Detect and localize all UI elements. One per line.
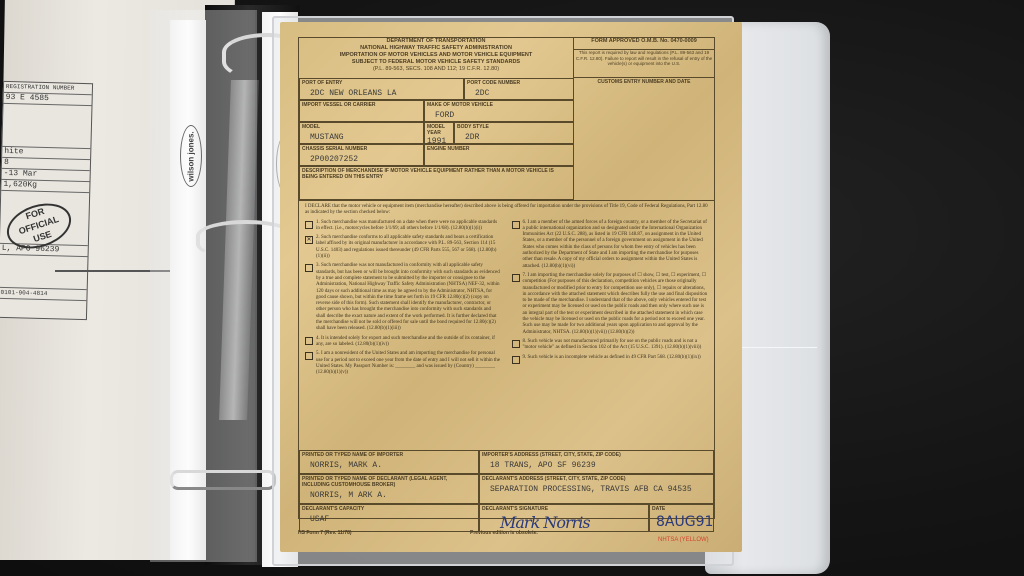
option-body: Such merchandise conforms to all applica… bbox=[316, 235, 496, 259]
port-of-entry: 2DC NEW ORLEANS LA bbox=[300, 87, 463, 100]
checkbox[interactable] bbox=[512, 274, 520, 282]
vehicle-make: FORD bbox=[425, 109, 573, 122]
options-right-column: 6. I am a member of the armed forces of … bbox=[512, 220, 709, 380]
certificate-form-number: 0101-904-4814 bbox=[0, 288, 87, 301]
option-body: I am importing the merchandise solely fo… bbox=[523, 273, 708, 335]
declaration-date: 8AUG91 bbox=[650, 513, 713, 531]
checkbox[interactable] bbox=[305, 337, 313, 345]
declarant-capacity: USAF bbox=[300, 513, 478, 526]
option-body: It is intended solely for export and suc… bbox=[316, 336, 495, 347]
copy-designation: NHTSA (YELLOW) bbox=[658, 537, 709, 543]
form-citation: (P.L. 89-563, SECS. 108 AND 112; 19 C.F.… bbox=[299, 66, 573, 73]
binder-ring[interactable] bbox=[170, 470, 276, 490]
declaration-option: 7. I am importing the merchandise solely… bbox=[512, 273, 709, 336]
option-text: 4. It is intended solely for export and … bbox=[316, 336, 502, 349]
options-left-column: 1. Such merchandise was manufactured on … bbox=[305, 220, 502, 380]
checkbox[interactable] bbox=[512, 356, 520, 364]
checkbox[interactable]: ✕ bbox=[305, 236, 313, 244]
declarant-address: SEPARATION PROCESSING, TRAVIS AFB CA 945… bbox=[480, 483, 713, 496]
option-text: 9. Such vehicle is an incomplete vehicle… bbox=[523, 355, 701, 364]
form-subtitle: SUBJECT TO FEDERAL MOTOR VEHICLE SAFETY … bbox=[299, 59, 573, 66]
form-agency: NATIONAL HIGHWAY TRAFFIC SAFETY ADMINIST… bbox=[299, 45, 573, 52]
option-number: 5. bbox=[316, 351, 320, 356]
form-id: HS Form 7 (Rev. 11/78) bbox=[298, 530, 352, 536]
hs-form-7: DEPARTMENT OF TRANSPORTATION NATIONAL HI… bbox=[280, 22, 742, 552]
option-text: 2. Such merchandise conforms to all appl… bbox=[316, 235, 502, 260]
option-body: Such merchandise was not manufactured in… bbox=[316, 263, 500, 331]
option-body: Such vehicle was not manufactured primar… bbox=[523, 339, 702, 350]
declaration-option: 5. I am a nonresident of the United Stat… bbox=[305, 351, 502, 376]
customs-entry-label: CUSTOMS ENTRY NUMBER AND DATE bbox=[574, 78, 714, 86]
option-body: Such merchandise was manufactured on a d… bbox=[316, 220, 497, 231]
form-grid: DEPARTMENT OF TRANSPORTATION NATIONAL HI… bbox=[298, 37, 715, 519]
option-number: 7. bbox=[523, 273, 527, 278]
checkbox[interactable] bbox=[305, 352, 313, 360]
option-body: I am a nonresident of the United States … bbox=[316, 351, 500, 375]
option-text: 1. Such merchandise was manufactured on … bbox=[316, 220, 502, 233]
form-title: IMPORTATION OF MOTOR VEHICLES AND MOTOR … bbox=[299, 52, 573, 59]
port-code: 2DC bbox=[465, 87, 573, 100]
declaration-option: 4. It is intended solely for export and … bbox=[305, 336, 502, 349]
declaration-option: ✕2. Such merchandise conforms to all app… bbox=[305, 235, 502, 260]
option-text: 3. Such merchandise was not manufactured… bbox=[316, 263, 502, 332]
model-year: 1991 bbox=[425, 137, 453, 144]
vehicle-model: MUSTANG bbox=[300, 131, 423, 144]
checkbox[interactable] bbox=[305, 264, 313, 272]
form-dept: DEPARTMENT OF TRANSPORTATION bbox=[299, 38, 573, 45]
option-text: 7. I am importing the merchandise solely… bbox=[523, 273, 709, 336]
declaration-intro: I DECLARE that the motor vehicle or equi… bbox=[305, 204, 708, 217]
declarant-name: NORRIS, M ARK A. bbox=[300, 489, 478, 502]
form-approval: FORM APPROVED O.M.B. No. 0470-0009 bbox=[574, 38, 714, 45]
checkbox[interactable] bbox=[305, 221, 313, 229]
declaration-option: 3. Such merchandise was not manufactured… bbox=[305, 263, 502, 332]
checkbox[interactable] bbox=[512, 340, 520, 348]
option-number: 3. bbox=[316, 263, 320, 268]
brand-logo: wilson jones. bbox=[180, 125, 202, 187]
left-certificate: REGISTRATION NUMBER 93 E 4585 hite 8 -13… bbox=[0, 81, 93, 320]
declaration-option: 1. Such merchandise was manufactured on … bbox=[305, 220, 502, 233]
checkbox[interactable] bbox=[512, 221, 520, 229]
body-style: 2DR bbox=[455, 131, 573, 144]
option-number: 1. bbox=[316, 220, 320, 225]
option-number: 6. bbox=[523, 220, 527, 225]
chassis-serial: 2P00207252 bbox=[300, 153, 423, 166]
option-body: Such vehicle is an incomplete vehicle as… bbox=[528, 355, 701, 360]
option-number: 2. bbox=[316, 235, 320, 240]
option-number: 8. bbox=[523, 339, 527, 344]
option-text: 6. I am a member of the armed forces of … bbox=[523, 220, 709, 270]
option-number: 9. bbox=[523, 355, 527, 360]
importer-name: NORRIS, MARK A. bbox=[300, 459, 478, 472]
declaration-option: 8. Such vehicle was not manufactured pri… bbox=[512, 339, 709, 352]
form-approval-note: This report is required by law and regul… bbox=[574, 50, 714, 67]
option-body: I am a member of the armed forces of a f… bbox=[523, 220, 707, 269]
option-number: 4. bbox=[316, 336, 320, 341]
option-text: 8. Such vehicle was not manufactured pri… bbox=[523, 339, 709, 352]
declaration-option: 6. I am a member of the armed forces of … bbox=[512, 220, 709, 270]
option-text: 5. I am a nonresident of the United Stat… bbox=[316, 351, 502, 376]
edition-note: Previous edition is obsolete. bbox=[470, 530, 538, 536]
importer-address: 18 TRANS, APO SF 96239 bbox=[480, 459, 713, 472]
declaration-option: 9. Such vehicle is an incomplete vehicle… bbox=[512, 355, 709, 364]
description-label: DESCRIPTION OF MERCHANDISE IF MOTOR VEHI… bbox=[300, 167, 573, 181]
